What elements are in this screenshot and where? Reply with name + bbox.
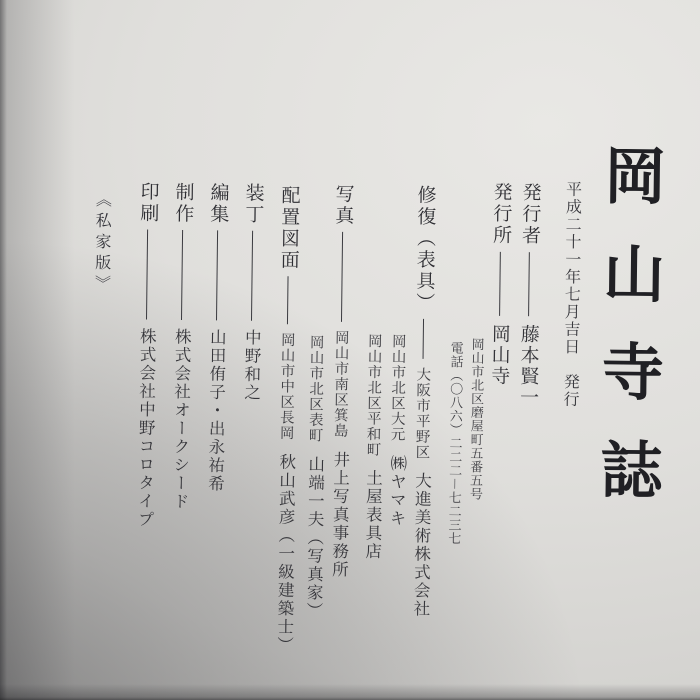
connector-line <box>499 251 501 315</box>
book-page-photo: 岡山寺誌 平成二十一年七月吉日 発行 発行者 藤本賢一 発行所 岡山寺 岡山市北… <box>0 0 700 700</box>
connector-line <box>341 232 343 322</box>
phone-text: 電話（〇八六）二二二－七二三七 <box>444 341 465 545</box>
publishing-office-address: 岡山市北区磨屋町五番五号 <box>466 337 487 500</box>
section-label: 編集 <box>204 182 232 225</box>
entry-place: 岡山市中区長岡 <box>276 332 298 441</box>
publishing-office-phone: 電話（〇八六）二二二－七二三七 <box>444 341 465 545</box>
editors-names: 山田侑子・出永祐希 <box>202 328 228 493</box>
section-label: 制作 <box>169 182 197 225</box>
entry-name: 秋山武彦（一級建築士） <box>271 453 297 655</box>
restoration-entry: 岡山市北区平和町 土屋表具店 <box>360 333 387 561</box>
entry-name: ㈱ヤマキ <box>384 454 409 527</box>
entry-place: 岡山市北区平和町 <box>362 333 385 457</box>
section-editing: 編集 山田侑子・出永祐希 <box>201 182 232 493</box>
section-label: 印刷 <box>134 181 162 224</box>
section-printing: 印刷 株式会社中野コロタイプ <box>130 181 161 529</box>
section-binding-design: 装丁 中野和之 <box>237 183 267 403</box>
entry-name: 井上写真事務所 <box>326 450 352 578</box>
printing-company-name: 株式会社中野コロタイプ <box>132 327 158 529</box>
entry-name: 大進美術株式会社 <box>408 472 434 619</box>
section-publishing-office: 発行所 岡山寺 <box>485 182 514 387</box>
publishing-office-name: 岡山寺 <box>485 323 513 386</box>
connector-line <box>287 276 289 324</box>
publication-date-text: 平成二十一年七月吉日 発行 <box>558 181 584 409</box>
section-label: 発行者 <box>516 182 544 247</box>
connector-line <box>181 230 183 320</box>
entry-place: 大阪市平野区 <box>411 367 433 460</box>
section-label: 装丁 <box>239 183 267 226</box>
entry-name: 山端一夫（写真家） <box>301 455 327 620</box>
section-restoration: 修復（表具） 大阪市平野区 大進美術株式会社 <box>406 185 438 619</box>
connector-line <box>251 231 253 321</box>
connector-line <box>146 230 148 320</box>
address-text: 岡山市北区磨屋町五番五号 <box>466 337 487 500</box>
publication-date: 平成二十一年七月吉日 発行 <box>558 181 584 409</box>
entry-place: 岡山市北区大元 <box>387 333 409 442</box>
entry-place: 岡山市北区表町 <box>305 334 327 443</box>
section-publisher-person: 発行者 藤本賢一 <box>514 182 544 408</box>
section-layout-drawings: 配置図面 岡山市中区長岡 秋山武彦（一級建築士） <box>270 185 303 654</box>
section-production: 制作 株式会社オークシード <box>166 182 197 511</box>
edition-note-text: 《私家版》 <box>89 191 113 296</box>
connector-line <box>528 252 530 316</box>
publisher-person-name: 藤本賢一 <box>514 324 542 408</box>
edition-note: 《私家版》 <box>89 191 113 296</box>
connector-line <box>422 319 424 359</box>
binding-designer-name: 中野和之 <box>239 329 264 402</box>
section-label: 配置図面 <box>275 185 303 271</box>
section-label: 写真 <box>329 184 357 227</box>
restoration-entry: 岡山市北区大元 ㈱ヤマキ <box>384 333 410 527</box>
production-company-name: 株式会社オークシード <box>167 328 193 511</box>
book-title: 岡山寺誌 <box>580 143 674 536</box>
section-label: 発行所 <box>487 182 515 247</box>
entry-place: 岡山市南区箕島 <box>330 330 352 439</box>
photography-entry: 岡山市北区表町 山端一夫（写真家） <box>301 334 328 619</box>
section-photography: 写真 岡山市南区箕島 井上写真事務所 <box>325 184 357 579</box>
connector-line <box>216 230 218 320</box>
colophon-page: 岡山寺誌 平成二十一年七月吉日 発行 発行者 藤本賢一 発行所 岡山寺 岡山市北… <box>0 0 700 700</box>
section-label: 修復（表具） <box>410 185 439 314</box>
book-title-text: 岡山寺誌 <box>580 143 674 536</box>
entry-name: 土屋表具店 <box>360 469 385 561</box>
